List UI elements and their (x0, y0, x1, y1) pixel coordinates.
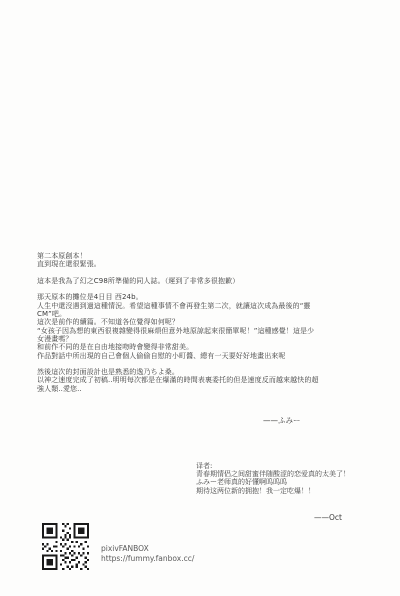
afterword-line (37, 269, 385, 277)
afterword-line (37, 360, 385, 368)
afterword-line: 以神之速度完成了初稿..明明每次都是在爆滿的時間表裏委托的但是速度反而越來越快的… (37, 376, 385, 384)
fanbox-info: pixivFANBOX https://fummy.fanbox.cc/ (101, 544, 194, 564)
afterword-line: 和前作不同的是在自由地接吻時會變得非常甜美。 (37, 343, 385, 351)
afterword-line: 強人類..愛您.. (37, 385, 385, 393)
afterword-line: 這本是我為了幻之C98所準備的同人誌。（遲到了非常多很抱歉） (37, 277, 385, 285)
afterword-line: 人生中還沒遇到過這種情況。希望這種事情不會再發生第二次，就讓這次成為最後的“靈 (37, 302, 385, 310)
translator-line: ふみー老师真的好懂啊呜呜呜 (196, 478, 350, 486)
afterword-line: “女孩子因為想的東西很複雜變得很麻煩但意外地原諒起來很簡單呢！”這種感覺！這是少 (37, 327, 385, 335)
afterword-line: 這次是前作的續篇。不知道各位覺得如何呢？ (37, 318, 385, 326)
fanbox-url: https://fummy.fanbox.cc/ (101, 554, 194, 564)
fanbox-qr-code (42, 523, 89, 570)
afterword-line: 作品對話中所出現的自己會個人偷偷自慰的小町醬、總有一天要好好地畫出來呢 (37, 352, 385, 360)
fanbox-label: pixivFANBOX (101, 544, 194, 554)
author-signature: ——ふみー (263, 416, 301, 425)
translator-signature: ——Oct (314, 513, 342, 522)
translator-note-text: 译者: 青春期情侣之间甜蜜伴随酸涩的恋爱真的太美了！ ふみー老师真的好懂啊呜呜呜… (196, 462, 350, 495)
afterword-line: 那天原本的攤位是4日目 西24b。 (37, 293, 385, 301)
translator-line: 译者: (196, 462, 350, 470)
author-afterword-text: 第二本原創本！ 直到現在還很緊張。 這本是我為了幻之C98所準備的同人誌。（遲到… (37, 252, 385, 393)
translator-line: 期待这两位新的拥抱！我一定吃爆！！ (196, 487, 350, 495)
afterword-line: 直到現在還很緊張。 (37, 260, 385, 268)
doujin-afterword-page: 第二本原創本！ 直到現在還很緊張。 這本是我為了幻之C98所準備的同人誌。（遲到… (0, 0, 400, 596)
